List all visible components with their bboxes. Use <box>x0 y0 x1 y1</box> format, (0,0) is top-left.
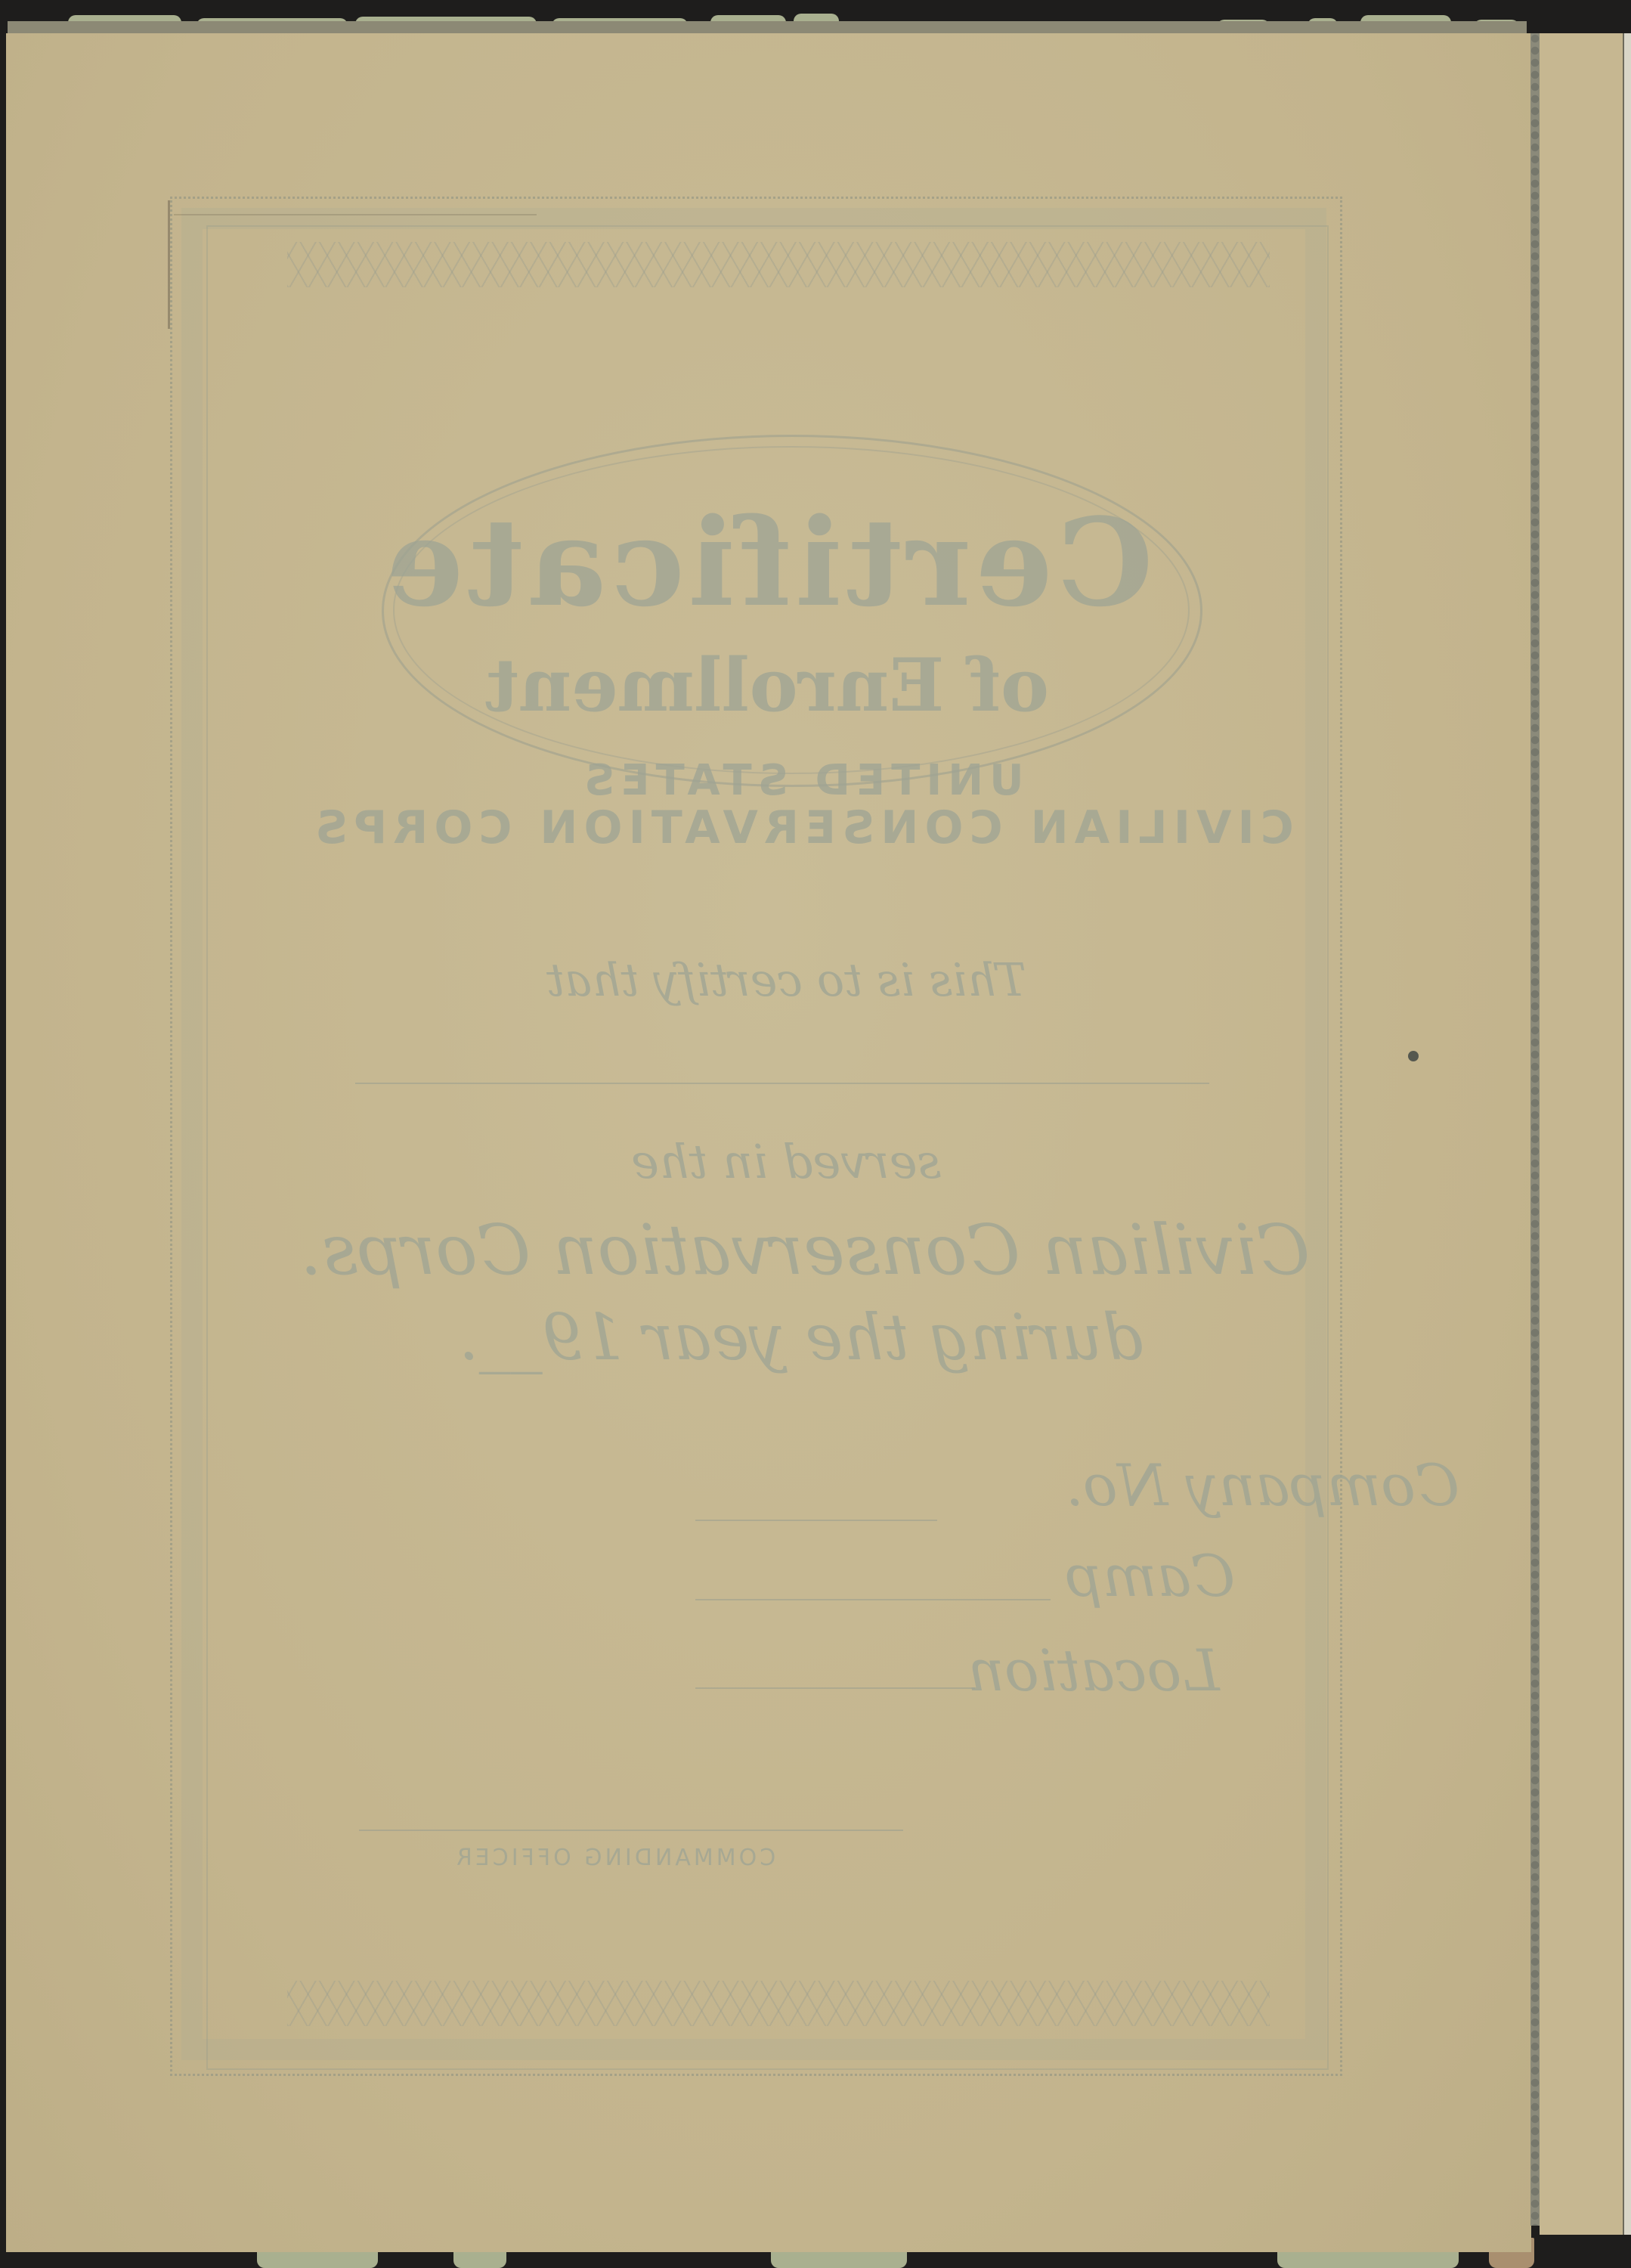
perforated-tear-line <box>1530 33 1540 2226</box>
certificate-subtitle: of Enrollment <box>0 643 1534 728</box>
ccc-script-line: Civilian Conservation Corps. <box>0 1210 1610 1290</box>
certificate-title: Certificate <box>0 491 1534 634</box>
ink-spot <box>1408 1051 1419 1061</box>
signature-rule <box>359 1830 903 1831</box>
united-states-heading: UNITED STATES <box>0 756 1602 805</box>
served-line: served in the <box>0 1134 1572 1189</box>
year-line: during the year 19__. <box>0 1300 1602 1374</box>
company-field-label: Company No. <box>1066 1452 1459 1519</box>
camp-rule <box>695 1599 1051 1600</box>
ccc-heading: CIVILIAN CONSERVATION CORPS <box>0 801 1602 854</box>
camp-field-label: Camp <box>1066 1542 1235 1610</box>
decorative-guilloche-top <box>287 242 1270 287</box>
signature-caption: COMMANDING OFFICER <box>453 1845 775 1871</box>
ink-speck-line-left <box>168 200 170 329</box>
location-rule <box>695 1687 975 1689</box>
ink-speck-line-top <box>174 214 537 215</box>
next-page-edge <box>1623 33 1631 2235</box>
certify-line: This is to certify that <box>0 954 1572 1007</box>
decorative-guilloche-bottom <box>287 1981 1270 2026</box>
company-rule <box>695 1520 937 1521</box>
location-field-label: Location <box>967 1637 1220 1704</box>
name-rule <box>355 1083 1209 1084</box>
